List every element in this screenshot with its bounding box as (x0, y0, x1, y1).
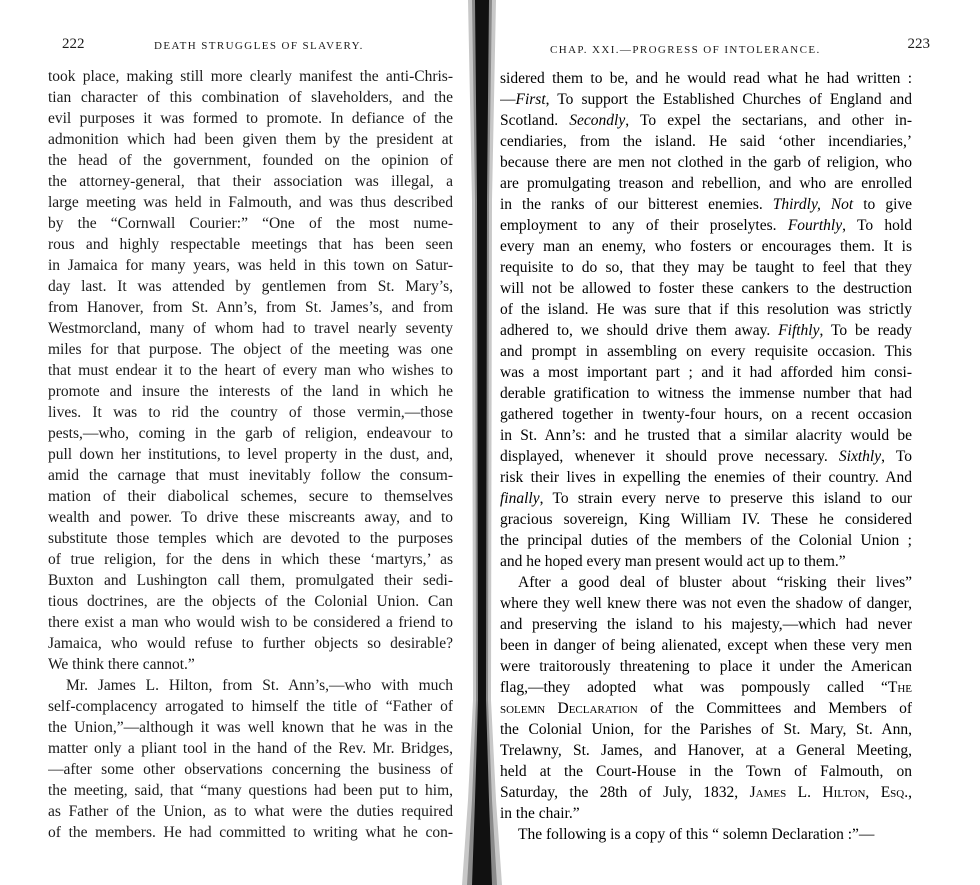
text-line: adhered to, we should drive them away. F… (500, 320, 912, 341)
left-page-number: 222 (62, 36, 85, 53)
text-line: —First, To support the Established Churc… (500, 89, 912, 110)
text-line: from Hanover, from St. Ann’s, from St. J… (48, 297, 453, 318)
text-line: amid the carnage that must inevitably fo… (48, 465, 453, 486)
text-line: employment to any of their proselytes. F… (500, 215, 912, 236)
text-line: self-complacency arrogated to himself th… (48, 696, 453, 717)
text-line: solemn Declaration of the Committees and… (500, 698, 912, 719)
text-line: cendiaries, from the island. He said ‘ot… (500, 131, 912, 152)
gutter-shadow-graphic (462, 0, 502, 885)
text-line: sidered them to be, and he would read wh… (500, 68, 912, 89)
paragraph-start-line: After a good deal of bluster about “risk… (500, 572, 912, 593)
text-line: the Colonial Union, for the Parishes of … (500, 719, 912, 740)
text-line: flag,—they adopted what was pompously ca… (500, 677, 912, 698)
text-line: promote and insure the interests of the … (48, 381, 453, 402)
text-line: the head of the government, founded on t… (48, 150, 453, 171)
text-line: Saturday, the 28th of July, 1832, James … (500, 782, 912, 803)
text-line: We think there cannot.” (48, 654, 453, 675)
text-line: and preserving the island to his majesty… (500, 614, 912, 635)
right-page-number: 223 (908, 36, 931, 53)
text-line: miles for that purpose. The object of th… (48, 339, 453, 360)
text-line: the Union,”—although it was well known t… (48, 717, 453, 738)
text-line: day last. It was attended by gentlemen f… (48, 276, 453, 297)
paragraph-start-line: The following is a copy of this “ solemn… (500, 824, 912, 845)
text-line: in Jamaica for many years, was held in t… (48, 255, 453, 276)
text-line: in the chair.” (500, 803, 912, 824)
text-line: and he hoped every man present would act… (500, 551, 912, 572)
text-line: Buxton and Lushington call them, promulg… (48, 570, 453, 591)
text-line: finally, To strain every nerve to preser… (500, 488, 912, 509)
text-line: matter only a pliant tool in the hand of… (48, 738, 453, 759)
text-line: wealth and power. To drive these miscrea… (48, 507, 453, 528)
text-line: will not be allowed to foster these cank… (500, 278, 912, 299)
text-line: rous and highly respectable meetings tha… (48, 234, 453, 255)
text-line: the principal duties of the members of t… (500, 530, 912, 551)
text-line: are promulgating treason and rebellion, … (500, 173, 912, 194)
text-line: tious doctrines, are the objects of the … (48, 591, 453, 612)
left-body-text: took place, making still more clearly ma… (48, 66, 453, 843)
text-line: took place, making still more clearly ma… (48, 66, 453, 87)
text-line: was a most important part ; and it had a… (500, 362, 912, 383)
text-line: held at the Court-House in the Town of F… (500, 761, 912, 782)
text-line: that must endear it to the heart of ever… (48, 360, 453, 381)
text-line: where they well knew there was not even … (500, 593, 912, 614)
text-line: because there are men not clothed in the… (500, 152, 912, 173)
paragraph-start-line: Mr. James L. Hilton, from St. Ann’s,—who… (48, 675, 453, 696)
left-running-title: DEATH STRUGGLES OF SLAVERY. (154, 40, 364, 52)
text-line: there exist a man who would wish to be c… (48, 612, 453, 633)
text-line: Trelawny, St. James, and Hanover, at a G… (500, 740, 912, 761)
text-line: large meeting was held in Falmouth, and … (48, 192, 453, 213)
text-line: been in danger of being alienated, excep… (500, 635, 912, 656)
text-line: as Father of the Union, as to what were … (48, 801, 453, 822)
text-line: gathered together in twenty-four hours, … (500, 404, 912, 425)
text-line: of the island. He was sure that if this … (500, 299, 912, 320)
text-line: displayed, whenever it should prove nece… (500, 446, 912, 467)
text-line: Jamaica, who would refuse to further obj… (48, 633, 453, 654)
text-line: by the “Cornwall Courier:” “One of the m… (48, 213, 453, 234)
text-line: admonition which had been given them by … (48, 129, 453, 150)
text-line: —after some other observations concernin… (48, 759, 453, 780)
text-line: tian character of this combination of sl… (48, 87, 453, 108)
text-line: of true religion, for the dens in which … (48, 549, 453, 570)
right-running-title: CHAP. XXI.—PROGRESS OF INTOLERANCE. (550, 44, 821, 56)
text-line: risk their lives in expelling the enemie… (500, 467, 912, 488)
text-line: Westmorcland, many of whom had to travel… (48, 318, 453, 339)
book-spread: 222 DEATH STRUGGLES OF SLAVERY. took pla… (0, 0, 980, 885)
right-body-text: sidered them to be, and he would read wh… (500, 68, 912, 845)
text-line: substitute those temples which are devot… (48, 528, 453, 549)
text-line: requisite to do so, that they may be tau… (500, 257, 912, 278)
text-line: of the members. He had committed to writ… (48, 822, 453, 843)
left-running-head: 222 DEATH STRUGGLES OF SLAVERY. (62, 40, 460, 60)
text-line: lives. It was to rid the country of thos… (48, 402, 453, 423)
text-line: and prompt in assembling on every requis… (500, 341, 912, 362)
text-line: Scotland. Secondly, To expel the sectari… (500, 110, 912, 131)
text-line: pests,—who, coming in the garb of religi… (48, 423, 453, 444)
text-line: the meeting, said, that “many questions … (48, 780, 453, 801)
text-line: mation of their diabolical schemes, secu… (48, 486, 453, 507)
text-line: every man an enemy, who fosters or encou… (500, 236, 912, 257)
text-line: gracious sovereign, King William IV. The… (500, 509, 912, 530)
text-line: pull down her institutions, to level pro… (48, 444, 453, 465)
text-line: in St. Ann’s: and he trusted that a simi… (500, 425, 912, 446)
text-line: were traitorously threatening to place i… (500, 656, 912, 677)
book-gutter-shadow (462, 0, 502, 885)
text-line: in the ranks of our bitterest enemies. T… (500, 194, 912, 215)
text-line: evil purposes it was formed to promote. … (48, 108, 453, 129)
right-running-head: CHAP. XXI.—PROGRESS OF INTOLERANCE. 223 (550, 40, 930, 60)
text-line: the attorney-general, that their associa… (48, 171, 453, 192)
text-line: derable gratification to witness the imm… (500, 383, 912, 404)
